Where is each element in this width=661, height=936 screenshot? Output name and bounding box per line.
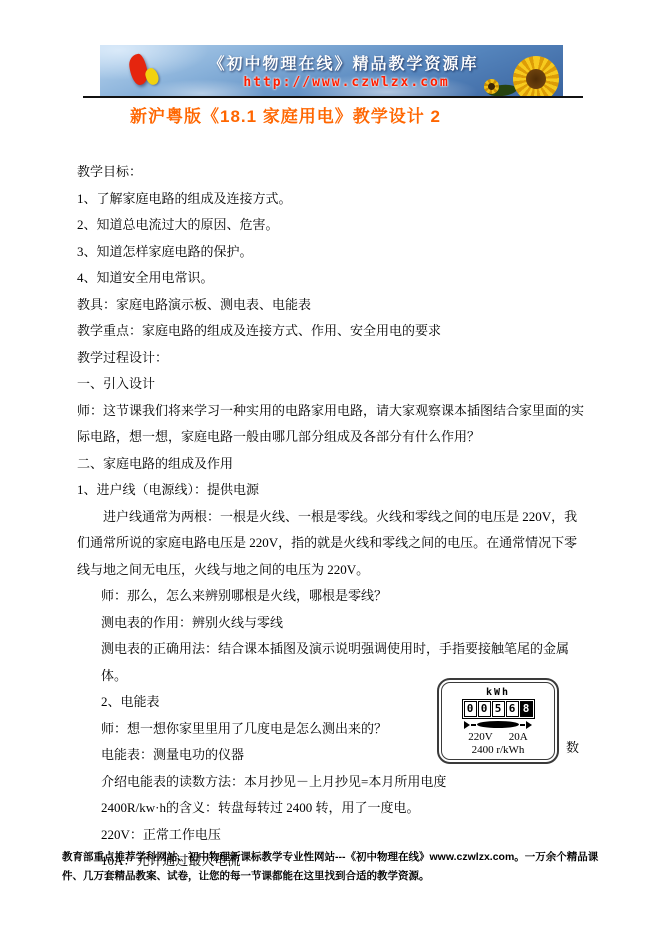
meter-current-rating: 20A xyxy=(509,731,528,743)
site-banner: 《初中物理在线》精品教学资源库 http://www.czwlzx.com xyxy=(100,45,563,96)
service-wire-heading: 1、进户线（电源线）：提供电源 xyxy=(77,477,585,504)
energy-meter-figure: kWh 0 0 5 6 8 220V 20A 2400 r/kWh xyxy=(437,678,559,764)
meter-digit: 0 xyxy=(478,701,491,717)
teaching-objectives-heading: 教学目标： xyxy=(77,159,585,186)
meter-digit: 0 xyxy=(464,701,477,717)
page-title: 新沪粤版《18.1 家庭用电》教学设计 2 xyxy=(130,102,441,127)
page-footer: 教育部重点推荐学科网站、初中物理新课标教学专业性网站---《初中物理在线》www… xyxy=(62,848,604,886)
small-sunflower-icon xyxy=(484,79,499,94)
sunflower-icon xyxy=(513,56,559,96)
meter-digit: 6 xyxy=(506,701,519,717)
objective-item-3: 3、知道怎样家庭电路的保护。 xyxy=(77,239,585,266)
objective-item-1: 1、了解家庭电路的组成及连接方式。 xyxy=(77,186,585,213)
teacher-question-line: 师：那么，怎么来辨别哪根是火线，哪根是零线？ xyxy=(77,583,585,610)
meter-voltage-line: 220V：正常工作电压 xyxy=(77,822,585,849)
meter-digit-tenths: 8 xyxy=(520,701,533,717)
header-divider xyxy=(83,96,583,98)
teacher-intro-paragraph: 师：这节课我们将来学习一种实用的电路家用电路，请大家观察课本插图结合家里面的实际… xyxy=(77,398,585,451)
teaching-focus-line: 教学重点：家庭电路的组成及连接方式、作用、安全用电的要求 xyxy=(77,318,585,345)
meter-voltage-rating: 220V xyxy=(468,731,492,743)
service-wire-paragraph: 进户线通常为两根：一根是火线、一根是零线。火线和零线之间的电压是 220V，我们… xyxy=(77,504,585,584)
meter-rev-rate: 2400 r/kWh xyxy=(472,744,525,756)
section-1-heading: 一、引入设计 xyxy=(77,371,585,398)
meter-rate-meaning-line: 2400R/kw·h的含义：转盘每转过 2400 转，用了一度电。 xyxy=(77,795,585,822)
teaching-process-heading: 教学过程设计： xyxy=(77,345,585,372)
meter-disc-icon xyxy=(464,721,532,729)
meter-digit-display: 0 0 5 6 8 xyxy=(462,699,535,719)
document-page: 《初中物理在线》精品教学资源库 http://www.czwlzx.com 新沪… xyxy=(0,0,661,936)
meter-digit: 5 xyxy=(492,701,505,717)
teaching-aids-line: 教具：家庭电路演示板、测电表、电能表 xyxy=(77,292,585,319)
flame-logo-icon xyxy=(128,51,170,93)
wrapped-text-char: 数 xyxy=(566,737,579,756)
objective-item-2: 2、知道总电流过大的原因、危害。 xyxy=(77,212,585,239)
meter-reading-method-line: 介绍电能表的读数方法：本月抄见－上月抄见=本月所用电度 xyxy=(77,769,585,796)
document-body: 教学目标： 1、了解家庭电路的组成及连接方式。 2、知道总电流过大的原因、危害。… xyxy=(77,159,585,875)
site-title: 《初中物理在线》精品教学资源库 xyxy=(160,51,527,74)
meter-unit-label: kWh xyxy=(486,687,510,698)
site-url-link[interactable]: http://www.czwlzx.com xyxy=(160,75,533,90)
objective-item-4: 4、知道安全用电常识。 xyxy=(77,265,585,292)
test-pencil-function-line: 测电表的作用：辨别火线与零线 xyxy=(77,610,585,637)
section-2-heading: 二、家庭电路的组成及作用 xyxy=(77,451,585,478)
